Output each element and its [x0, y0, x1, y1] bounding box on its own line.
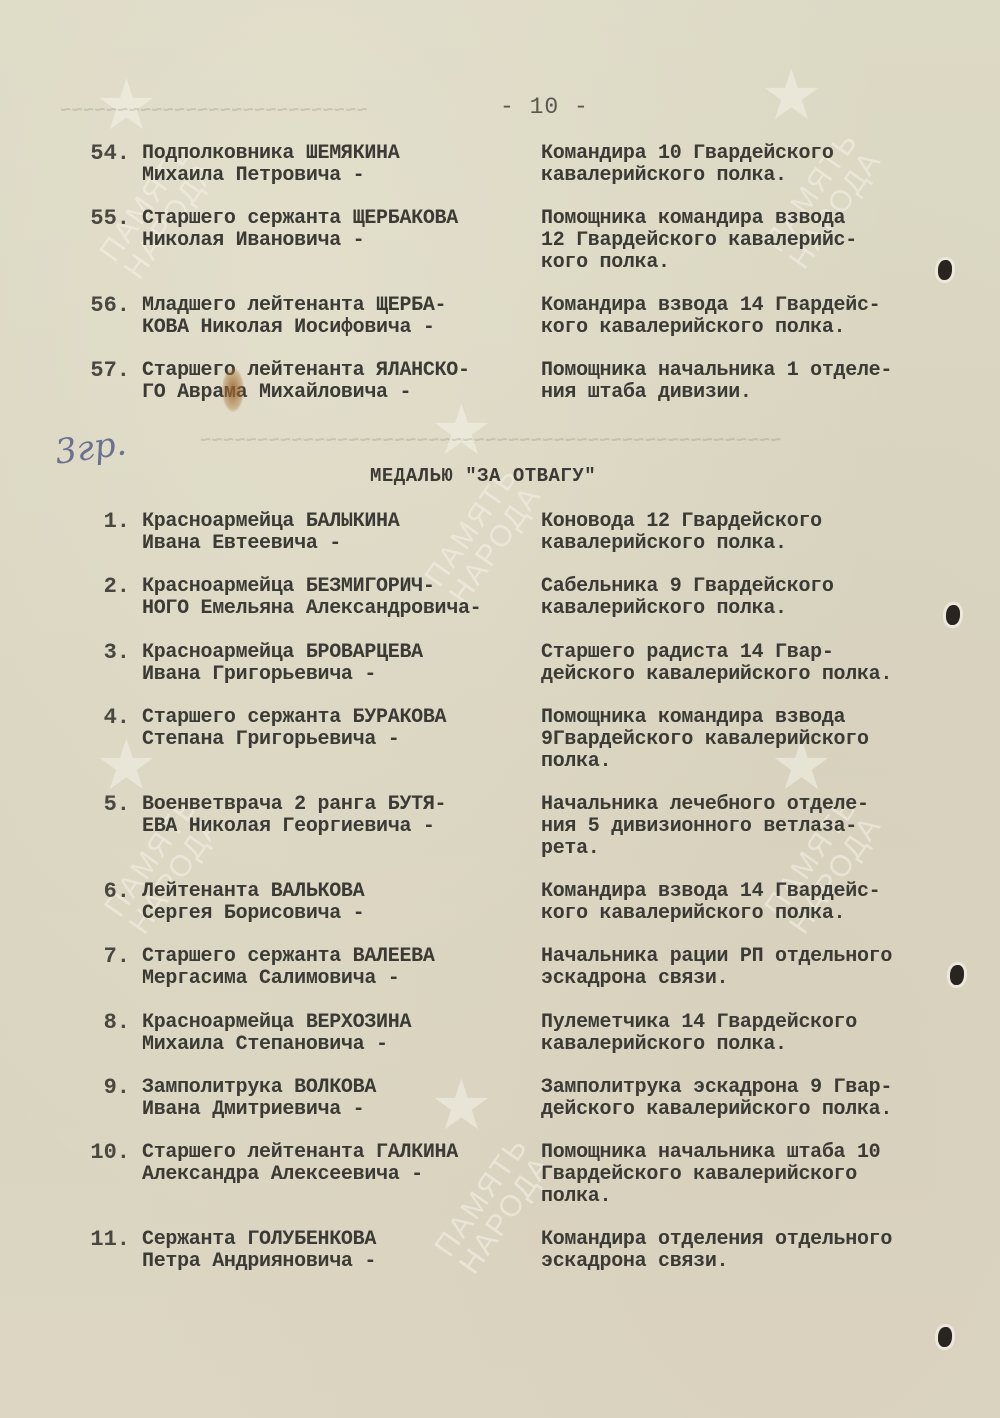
- recipient-position: Командира взвода 14 Гвардейс- кого кавал…: [541, 881, 961, 925]
- entry-number: 56.: [0, 295, 130, 317]
- rust-stain: [222, 368, 244, 412]
- section-heading: МЕДАЛЬЮ "ЗА ОТВАГУ": [370, 465, 596, 487]
- entry-number: 1.: [0, 511, 130, 533]
- recipient-position: Пулеметчика 14 Гвардейского кавалерийско…: [541, 1012, 961, 1056]
- entry-number: 5.: [0, 794, 130, 816]
- recipient-position: Помощника начальника штаба 10 Гвардейско…: [541, 1142, 961, 1208]
- recipient-name: Красноармейца БРОВАРЦЕВА Ивана Григорьев…: [142, 642, 532, 686]
- recipient-position: Командира отделения отдельного эскадрона…: [541, 1229, 961, 1273]
- recipient-name: Подполковника ШЕМЯКИНА Михаила Петровича…: [142, 143, 532, 187]
- recipient-name: Красноармейца ВЕРХОЗИНА Михаила Степанов…: [142, 1012, 532, 1056]
- recipient-name: Сержанта ГОЛУБЕНКОВА Петра Андрияновича …: [142, 1229, 532, 1273]
- entry-number: 4.: [0, 707, 130, 729]
- recipient-position: Старшего радиста 14 Гвар- дейского кавал…: [541, 642, 961, 686]
- entry-number: 11.: [0, 1229, 130, 1251]
- recipient-name: Красноармейца БАЛЫКИНА Ивана Евтеевича -: [142, 511, 532, 555]
- recipient-name: Красноармейца БЕЗМИГОРИЧ- НОГО Емельяна …: [142, 576, 532, 620]
- entry-number: 54.: [0, 143, 130, 165]
- entry-number: 55.: [0, 208, 130, 230]
- recipient-name: Старшего сержанта ЩЕРБАКОВА Николая Иван…: [142, 208, 532, 252]
- bleed-through-text: ~~~~~~~~~~~~~~~~~~~~~~~~~~~: [60, 100, 368, 122]
- recipient-name: Лейтенанта ВАЛЬКОВА Сергея Борисовича -: [142, 881, 532, 925]
- entry-number: 7.: [0, 946, 130, 968]
- recipient-position: Замполитрука эскадрона 9 Гвар- дейского …: [541, 1077, 961, 1121]
- punch-hole: [950, 965, 964, 985]
- entry-number: 57.: [0, 360, 130, 382]
- recipient-position: Начальника лечебного отделе- ния 5 дивиз…: [541, 794, 961, 860]
- recipient-name: Старшего лейтенанта ГАЛКИНА Александра А…: [142, 1142, 532, 1186]
- entry-number: 10.: [0, 1142, 130, 1164]
- bleed-through-text: ~~~~~~~~~~~~~~~~~~~~~~~~~~~~~~~~~~~~~~~~…: [200, 430, 782, 452]
- recipient-name: Старшего лейтенанта ЯЛАНСКО- ГО Аврама М…: [142, 360, 532, 404]
- recipient-name: Старшего сержанта ВАЛЕЕВА Мергасима Сали…: [142, 946, 532, 990]
- recipient-name: Замполитрука ВОЛКОВА Ивана Дмитриевича -: [142, 1077, 532, 1121]
- page-number: - 10 -: [500, 94, 589, 120]
- recipient-name: Старшего сержанта БУРАКОВА Степана Григо…: [142, 707, 532, 751]
- recipient-name: Военветврача 2 ранга БУТЯ- ЕВА Николая Г…: [142, 794, 532, 838]
- recipient-position: Начальника рации РП отдельного эскадрона…: [541, 946, 961, 990]
- recipient-position: Сабельника 9 Гвардейского кавалерийского…: [541, 576, 961, 620]
- entry-number: 8.: [0, 1012, 130, 1034]
- punch-hole: [946, 605, 960, 625]
- entry-number: 6.: [0, 881, 130, 903]
- recipient-name: Младшего лейтенанта ЩЕРБА- КОВА Николая …: [142, 295, 532, 339]
- recipient-position: Помощника командира взвода 9Гвардейского…: [541, 707, 961, 773]
- punch-hole: [938, 260, 952, 280]
- recipient-position: Командира 10 Гвардейского кавалерийского…: [541, 143, 961, 187]
- entry-number: 9.: [0, 1077, 130, 1099]
- entry-number: 2.: [0, 576, 130, 598]
- punch-hole: [938, 1327, 952, 1347]
- recipient-position: Помощника начальника 1 отделе- ния штаба…: [541, 360, 961, 404]
- recipient-position: Помощника командира взвода 12 Гвардейско…: [541, 208, 961, 274]
- entry-number: 3.: [0, 642, 130, 664]
- recipient-position: Коновода 12 Гвардейского кавалерийского …: [541, 511, 961, 555]
- recipient-position: Командира взвода 14 Гвардейс- кого кавал…: [541, 295, 961, 339]
